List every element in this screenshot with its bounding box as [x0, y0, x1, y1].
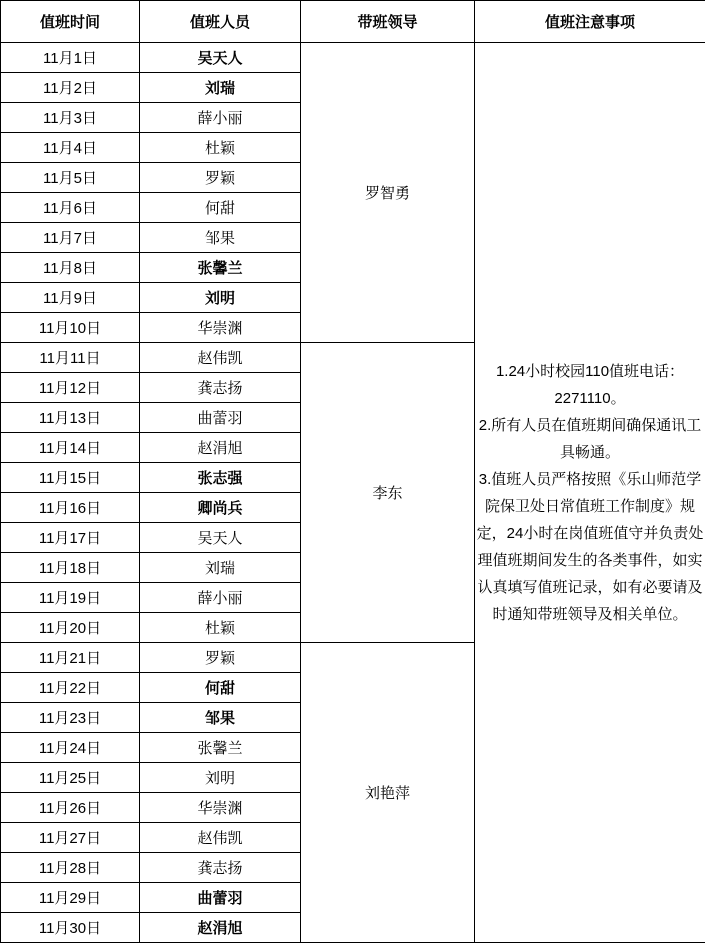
duty-date-cell: 11月19日 — [1, 583, 140, 613]
duty-person-cell: 张馨兰 — [140, 253, 301, 283]
duty-person-cell: 赵伟凯 — [140, 823, 301, 853]
header-duty-leader: 带班领导 — [301, 1, 475, 43]
duty-person-cell: 曲蕾羽 — [140, 883, 301, 913]
duty-person-cell: 赵伟凯 — [140, 343, 301, 373]
duty-schedule-table: 值班时间 值班人员 带班领导 值班注意事项 11月1日吴天人罗智勇1.24小时校… — [0, 0, 705, 943]
duty-person-cell: 杜颖 — [140, 613, 301, 643]
table-header-row: 值班时间 值班人员 带班领导 值班注意事项 — [1, 1, 705, 43]
duty-person-cell: 张志强 — [140, 463, 301, 493]
duty-person-cell: 刘瑞 — [140, 553, 301, 583]
table-row: 11月1日吴天人罗智勇1.24小时校园110值班电话：2271110。2.所有人… — [1, 43, 705, 73]
duty-person-cell: 罗颖 — [140, 643, 301, 673]
duty-date-cell: 11月6日 — [1, 193, 140, 223]
duty-person-cell: 刘明 — [140, 763, 301, 793]
duty-date-cell: 11月3日 — [1, 103, 140, 133]
duty-date-cell: 11月2日 — [1, 73, 140, 103]
note-item: 1.24小时校园110值班电话：2271110。 — [475, 358, 705, 412]
duty-date-cell: 11月5日 — [1, 163, 140, 193]
duty-date-cell: 11月8日 — [1, 253, 140, 283]
duty-date-cell: 11月1日 — [1, 43, 140, 73]
duty-person-cell: 华崇渊 — [140, 793, 301, 823]
duty-date-cell: 11月13日 — [1, 403, 140, 433]
duty-person-cell: 薛小丽 — [140, 583, 301, 613]
duty-person-cell: 邹果 — [140, 223, 301, 253]
duty-date-cell: 11月24日 — [1, 733, 140, 763]
header-duty-notes: 值班注意事项 — [475, 1, 705, 43]
duty-person-cell: 何甜 — [140, 673, 301, 703]
duty-date-cell: 11月29日 — [1, 883, 140, 913]
duty-person-cell: 卿尚兵 — [140, 493, 301, 523]
note-item: 2.所有人员在值班期间确保通讯工具畅通。 — [475, 412, 705, 466]
duty-leader-cell: 李东 — [301, 343, 475, 643]
duty-person-cell: 邹果 — [140, 703, 301, 733]
duty-date-cell: 11月12日 — [1, 373, 140, 403]
duty-person-cell: 刘瑞 — [140, 73, 301, 103]
duty-date-cell: 11月22日 — [1, 673, 140, 703]
duty-person-cell: 龚志扬 — [140, 853, 301, 883]
duty-date-cell: 11月7日 — [1, 223, 140, 253]
duty-person-cell: 杜颖 — [140, 133, 301, 163]
duty-date-cell: 11月15日 — [1, 463, 140, 493]
duty-date-cell: 11月9日 — [1, 283, 140, 313]
duty-date-cell: 11月26日 — [1, 793, 140, 823]
duty-date-cell: 11月18日 — [1, 553, 140, 583]
duty-date-cell: 11月14日 — [1, 433, 140, 463]
duty-person-cell: 曲蕾羽 — [140, 403, 301, 433]
duty-person-cell: 吴天人 — [140, 523, 301, 553]
duty-person-cell: 张馨兰 — [140, 733, 301, 763]
duty-date-cell: 11月16日 — [1, 493, 140, 523]
duty-leader-cell: 罗智勇 — [301, 43, 475, 343]
table-body: 11月1日吴天人罗智勇1.24小时校园110值班电话：2271110。2.所有人… — [1, 43, 705, 943]
duty-person-cell: 何甜 — [140, 193, 301, 223]
duty-date-cell: 11月30日 — [1, 913, 140, 943]
duty-person-cell: 罗颖 — [140, 163, 301, 193]
duty-date-cell: 11月27日 — [1, 823, 140, 853]
duty-person-cell: 赵涓旭 — [140, 433, 301, 463]
duty-person-cell: 华崇渊 — [140, 313, 301, 343]
note-item: 3.值班人员严格按照《乐山师范学院保卫处日常值班工作制度》规定，24小时在岗值班… — [475, 466, 705, 628]
duty-notes-cell: 1.24小时校园110值班电话：2271110。2.所有人员在值班期间确保通讯工… — [475, 43, 705, 943]
duty-date-cell: 11月20日 — [1, 613, 140, 643]
duty-person-cell: 赵涓旭 — [140, 913, 301, 943]
duty-date-cell: 11月25日 — [1, 763, 140, 793]
duty-date-cell: 11月10日 — [1, 313, 140, 343]
duty-person-cell: 薛小丽 — [140, 103, 301, 133]
duty-person-cell: 刘明 — [140, 283, 301, 313]
duty-date-cell: 11月11日 — [1, 343, 140, 373]
duty-leader-cell: 刘艳萍 — [301, 643, 475, 943]
duty-person-cell: 龚志扬 — [140, 373, 301, 403]
duty-person-cell: 吴天人 — [140, 43, 301, 73]
duty-date-cell: 11月28日 — [1, 853, 140, 883]
duty-date-cell: 11月4日 — [1, 133, 140, 163]
duty-date-cell: 11月21日 — [1, 643, 140, 673]
duty-date-cell: 11月17日 — [1, 523, 140, 553]
header-duty-person: 值班人员 — [140, 1, 301, 43]
header-duty-time: 值班时间 — [1, 1, 140, 43]
duty-date-cell: 11月23日 — [1, 703, 140, 733]
